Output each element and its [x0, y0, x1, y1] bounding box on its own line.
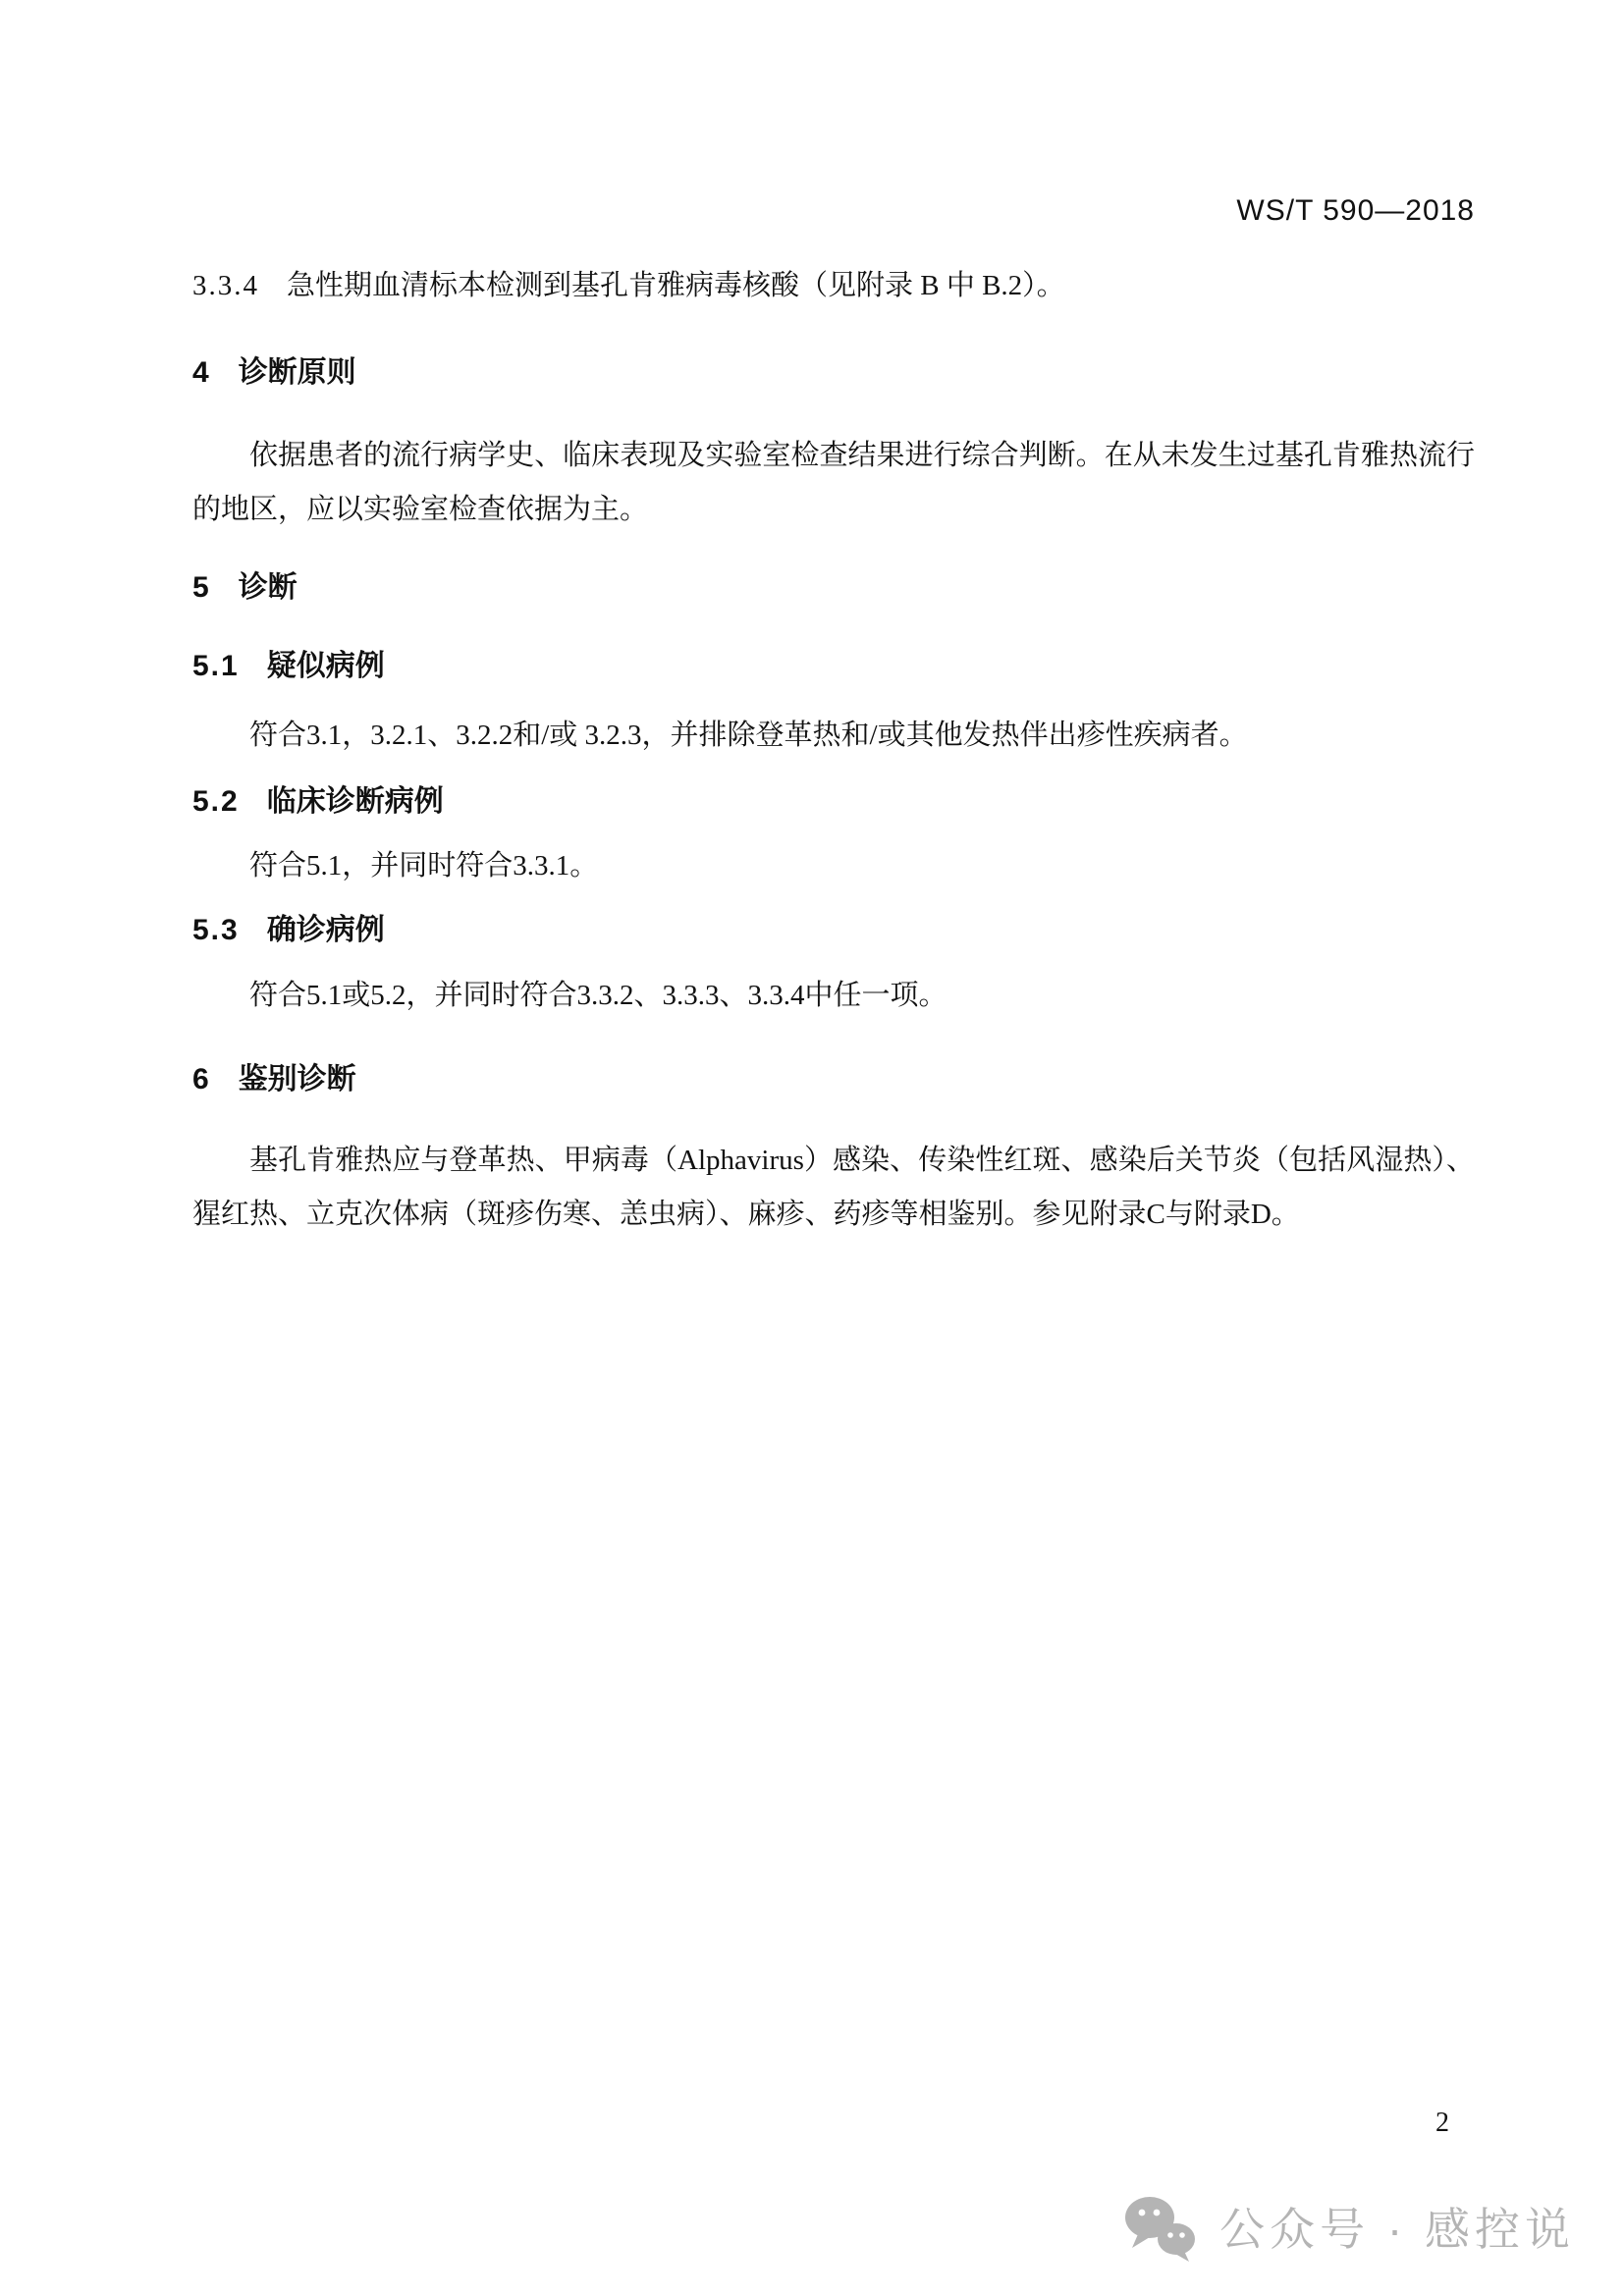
paragraph-confirmed-case: 符合5.1或5.2，并同时符合3.3.2、3.3.3、3.3.4中任一项。: [192, 969, 1475, 1023]
document-page: WS/T 590—2018 3.3.4急性期血清标本检测到基孔肯雅病毒核酸（见附…: [0, 0, 1624, 2296]
section-heading-6: 6鉴别诊断: [192, 1063, 1475, 1096]
heading-title: 临床诊断病例: [267, 785, 444, 818]
paragraph-suspected-case: 符合3.1，3.2.1、3.2.2和/或 3.2.3，并排除登革热和/或其他发热…: [192, 709, 1475, 763]
heading-number: 4: [192, 356, 211, 390]
heading-title: 疑似病例: [267, 650, 385, 682]
page-number: 2: [192, 2107, 1475, 2140]
clause-3-3-4: 3.3.4急性期血清标本检测到基孔肯雅病毒核酸（见附录 B 中 B.2）。: [192, 269, 1475, 302]
heading-number: 5: [192, 571, 211, 605]
heading-title: 确诊病例: [267, 914, 385, 946]
section-heading-5: 5诊断: [192, 571, 1475, 605]
paragraph-differential-diagnosis: 基孔肯雅热应与登革热、甲病毒（Alphavirus）感染、传染性红斑、感染后关节…: [192, 1134, 1475, 1242]
clause-number: 3.3.4: [192, 269, 259, 302]
heading-title: 鉴别诊断: [239, 1063, 356, 1095]
standard-number: WS/T 590—2018: [1236, 194, 1475, 227]
paragraph-diagnosis-principle: 依据患者的流行病学史、临床表现及实验室检查结果进行综合判断。在从未发生过基孔肯雅…: [192, 429, 1475, 537]
heading-title: 诊断: [239, 571, 298, 604]
heading-number: 5.3: [192, 914, 240, 947]
heading-number: 6: [192, 1063, 211, 1096]
subsection-heading-5-1: 5.1疑似病例: [192, 650, 1475, 683]
watermark: 公众号 · 感控说: [1123, 2195, 1575, 2264]
wechat-icon: [1123, 2196, 1200, 2263]
heading-title: 诊断原则: [239, 356, 356, 389]
heading-number: 5.1: [192, 650, 240, 683]
subsection-heading-5-2: 5.2临床诊断病例: [192, 785, 1475, 819]
section-heading-4: 4诊断原则: [192, 356, 1475, 390]
watermark-text: 公众号 · 感控说: [1219, 2195, 1575, 2264]
heading-number: 5.2: [192, 785, 240, 819]
paragraph-clinical-case: 符合5.1，并同时符合3.3.1。: [192, 839, 1475, 893]
page-header: WS/T 590—2018: [192, 194, 1475, 228]
clause-text: 急性期血清标本检测到基孔肯雅病毒核酸（见附录 B 中 B.2）。: [287, 270, 1065, 301]
subsection-heading-5-3: 5.3确诊病例: [192, 914, 1475, 947]
